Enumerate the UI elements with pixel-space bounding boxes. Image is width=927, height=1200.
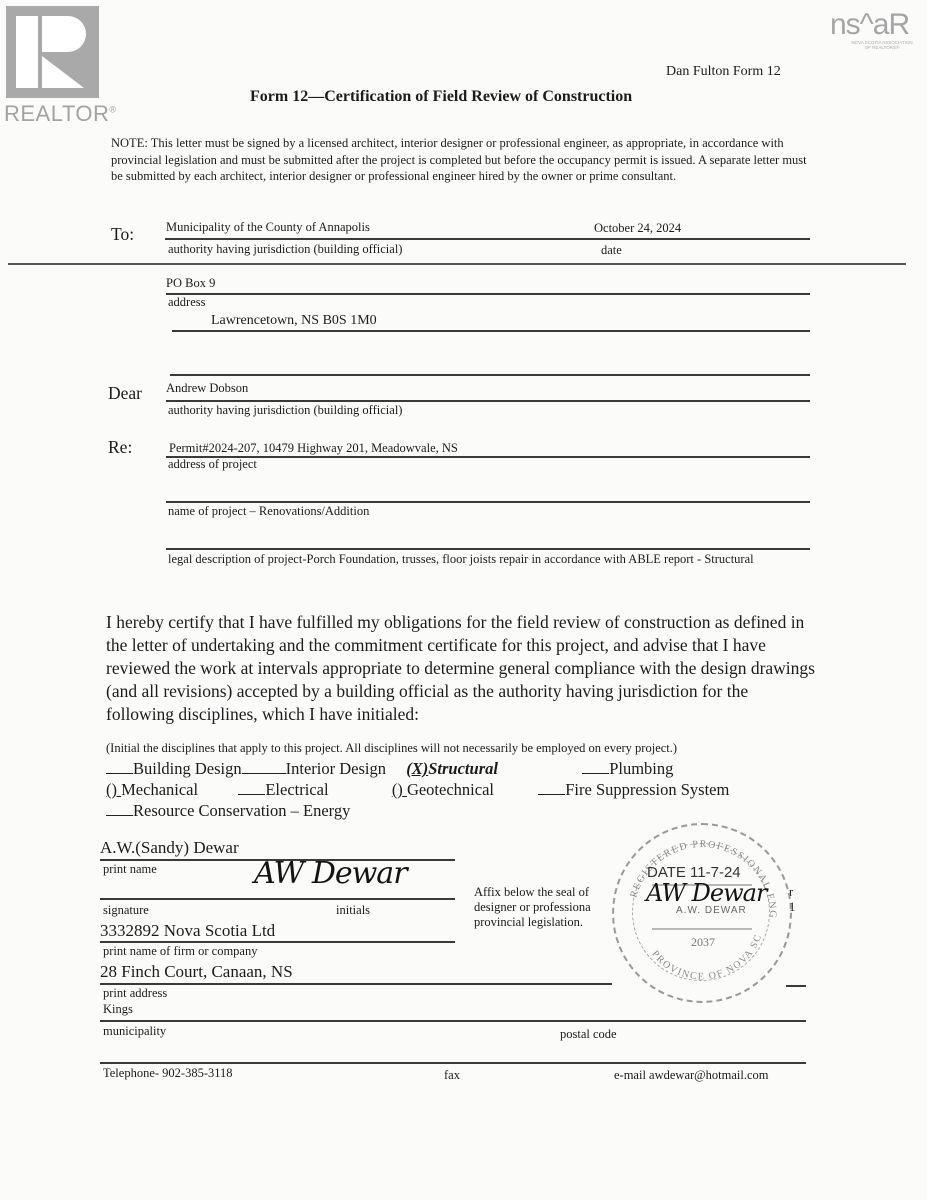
note-text: NOTE: This letter must be signed by a li… [111, 135, 811, 185]
discipline-resource-conservation: Resource Conservation – Energy [133, 801, 350, 820]
project-name-caption: name of project – Renovations/Addition [168, 504, 369, 519]
municipality-value[interactable]: Kings [103, 1002, 133, 1017]
re-underline [166, 456, 810, 458]
dear-underline [166, 400, 810, 402]
seal-engineer-name: A.W. DEWAR [676, 905, 747, 916]
mechanical-mark[interactable]: () [106, 780, 121, 799]
project-name-underline [166, 501, 810, 503]
legal-caption: legal description of project-Porch Found… [168, 551, 813, 567]
address-line2[interactable]: Lawrencetown, NS B0S 1M0 [211, 313, 377, 329]
form-reference: Dan Fulton Form 12 [666, 64, 781, 80]
resource-blank[interactable] [106, 801, 133, 816]
dear-label: Dear [108, 383, 142, 404]
re-label: Re: [108, 437, 132, 458]
fax-caption: fax [444, 1068, 460, 1083]
realtor-logo [6, 6, 99, 98]
address2-underline [172, 330, 810, 332]
certification-text: I hereby certify that I have fulfilled m… [106, 611, 816, 726]
firm-caption: print name of firm or company [103, 944, 257, 959]
postal-code-caption: postal code [560, 1027, 617, 1042]
interior-design-blank[interactable] [242, 759, 286, 774]
seal-number: 2037 [691, 935, 715, 950]
discipline-plumbing: Plumbing [609, 759, 673, 778]
seal-signature: AW Dewar [646, 879, 766, 907]
seal-instruction: Affix below the seal of designer or prof… [474, 885, 591, 930]
date-caption: date [601, 243, 622, 258]
building-design-blank[interactable] [106, 759, 133, 774]
print-name-value[interactable]: A.W.(Sandy) Dewar [100, 838, 239, 858]
disciplines-instruction: (Initial the disciplines that apply to t… [106, 741, 677, 756]
re-value[interactable]: Permit#2024-207, 10479 Highway 201, Mead… [169, 441, 458, 456]
disciplines-row-2: () Mechanical Electrical () Geotechnical… [106, 780, 729, 800]
disciplines-row-1: Building DesignInterior Design (X)Struct… [106, 759, 673, 779]
fire-blank[interactable] [538, 780, 565, 795]
firm-underline [100, 941, 455, 943]
to-underline [165, 238, 810, 240]
realtor-r-icon [6, 6, 99, 98]
municipality-caption: municipality [103, 1024, 166, 1039]
discipline-electrical: Electrical [265, 780, 328, 799]
page-title: Form 12—Certification of Field Review of… [250, 88, 632, 106]
discipline-geotechnical: Geotechnical [407, 780, 494, 799]
disciplines-row-3: Resource Conservation – Energy [106, 801, 350, 821]
date-value[interactable]: October 24, 2024 [594, 221, 681, 236]
print-address-caption: print address [103, 986, 167, 1001]
to-caption: authority having jurisdiction (building … [168, 242, 402, 257]
address-line1[interactable]: PO Box 9 [166, 276, 215, 291]
dear-value[interactable]: Andrew Dobson [166, 381, 248, 396]
structural-mark[interactable]: (X) [406, 759, 428, 778]
re-caption: address of project [168, 457, 257, 472]
discipline-structural: Structural [428, 759, 498, 778]
legal-underline [166, 548, 810, 550]
plumbing-blank[interactable] [582, 759, 609, 774]
discipline-fire-suppression: Fire Suppression System [565, 780, 729, 799]
electrical-blank[interactable] [238, 780, 265, 795]
address-underline [166, 293, 810, 295]
address-value[interactable]: 28 Finch Court, Canaan, NS [100, 962, 293, 982]
firm-value[interactable]: 3332892 Nova Scotia Ltd [100, 921, 275, 941]
print-name-caption: print name [103, 862, 157, 877]
municipality-underline [100, 1020, 806, 1022]
signature-caption: signature [103, 903, 149, 918]
initials-caption: initials [336, 903, 370, 918]
nsar-subtitle: NOVA SCOTIA ASSOCIATIONOF REALTORS® [842, 40, 922, 50]
dear-caption: authority having jurisdiction (building … [168, 403, 402, 418]
to-authority-value[interactable]: Municipality of the County of Annapolis [166, 220, 370, 235]
full-width-divider [8, 263, 906, 265]
signature-value[interactable]: AW Dewar [254, 856, 407, 891]
signature-underline [100, 898, 455, 900]
contact-underline [100, 1062, 806, 1064]
to-label: To: [111, 224, 134, 245]
discipline-interior-design: Interior Design [286, 759, 386, 778]
telephone-value[interactable]: Telephone- 902-385-3118 [103, 1066, 233, 1081]
signer-address-underline [100, 983, 612, 985]
discipline-building-design: Building Design [133, 759, 242, 778]
nsar-logo: ns^aR [830, 10, 909, 40]
discipline-mechanical: Mechanical [121, 780, 198, 799]
realtor-wordmark: REALTOR® [4, 101, 117, 127]
geotechnical-mark[interactable]: () [392, 780, 407, 799]
blank-underline [170, 374, 810, 376]
address-caption: address [168, 295, 206, 310]
email-value[interactable]: e-mail awdewar@hotmail.com [614, 1068, 769, 1083]
